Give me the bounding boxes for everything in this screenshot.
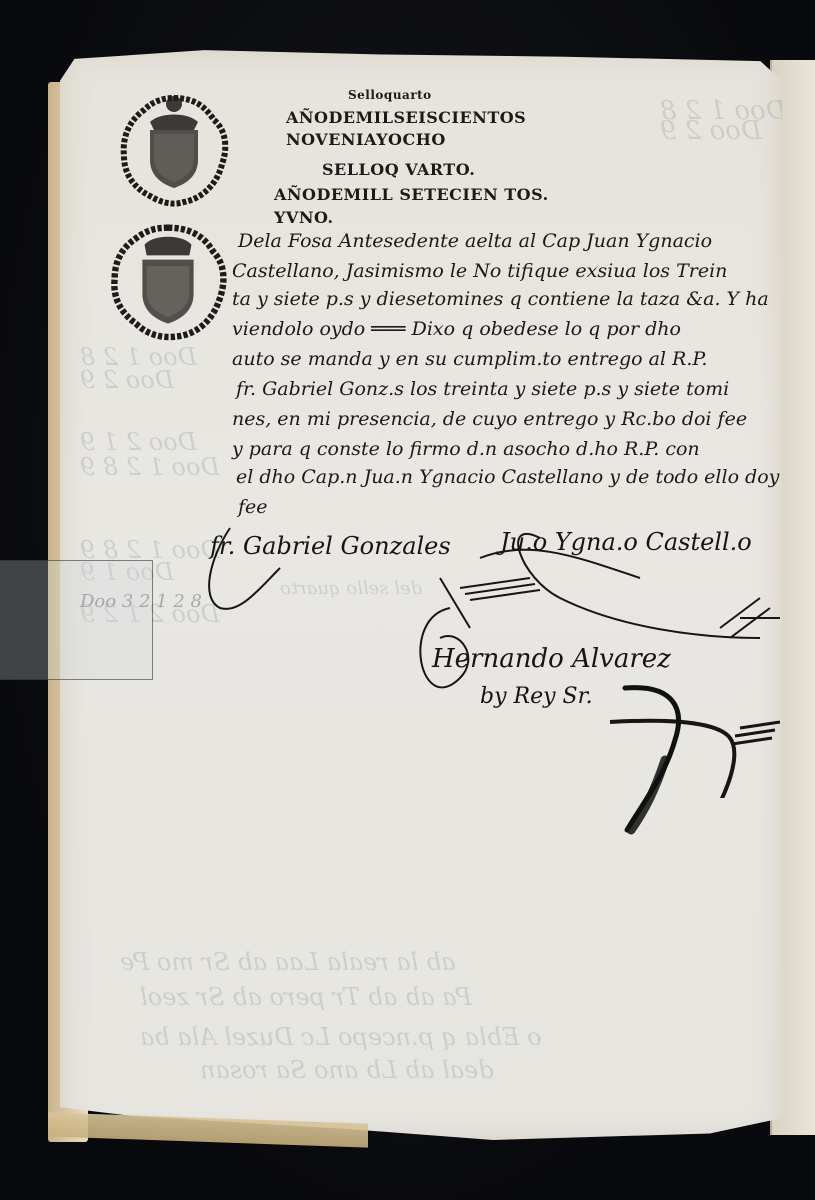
stamp-label: Selloquarto: [348, 88, 432, 102]
bleed-through-text: ab la reala Laa ab Sr mo Pe: [120, 948, 456, 976]
body-line: Castellano, Jasimismo le No tifique exsi…: [232, 260, 727, 282]
bleed-through-text: Doo 2 1 9: [80, 428, 197, 456]
coat-of-arms-seal-icon: [114, 90, 234, 210]
bleed-through-text: deal ab Lb ano Sa rosan: [200, 1056, 494, 1084]
stamp-year-line-2: NOVENIAYOCHO: [286, 130, 446, 149]
ink-flourish-tail: [605, 680, 715, 860]
body-line: el dho Cap.n Jua.n Ygnacio Castellano y …: [236, 466, 779, 488]
stamp-year-line-1: AÑODEMILSEISCIENTOS: [286, 108, 526, 127]
bleed-through-text: Doo 2 9: [660, 116, 762, 146]
bleed-through-text: o Ebla q p.ncepo Lc Duzel Ala ba: [140, 1023, 542, 1051]
body-line: Dela Fosa Antesedente aelta al Cap Juan …: [238, 230, 712, 252]
body-line: y para q conste lo firmo d.n asocho d.ho…: [232, 438, 700, 460]
body-line: fr. Gabriel Gonz.s los treinta y siete p…: [236, 378, 729, 400]
body-line: fee: [238, 496, 268, 518]
bleed-through-text: Doo 1 2 8 9: [80, 453, 220, 481]
tape-bleed-label: Doo 3 2 1 2 8: [80, 591, 202, 612]
stamp2-label: SELLOQ VARTO.: [322, 160, 475, 179]
archival-tape-overlay: Doo 3 2 1 2 8: [0, 560, 153, 680]
body-line: nes, en mi presencia, de cuyo entrego y …: [232, 408, 747, 430]
stamp2-year-line-2: YVNO.: [274, 208, 334, 227]
coat-of-arms-seal-icon: [104, 216, 232, 346]
bleed-through-text: Pa ab ab Tr pero ab Sr zeol: [140, 983, 472, 1011]
body-line: viendolo oydo ═══ Dixo q obedese lo q po…: [232, 318, 681, 340]
stamp2-year-line-1: AÑODEMILL SETECIEN TOS.: [274, 185, 549, 204]
body-line: ta y siete p.s y diesetomines q contiene…: [232, 288, 769, 310]
bleed-through-text: Doo 2 9: [80, 366, 174, 394]
body-line: auto se manda y en su cumplim.to entrego…: [232, 348, 707, 370]
